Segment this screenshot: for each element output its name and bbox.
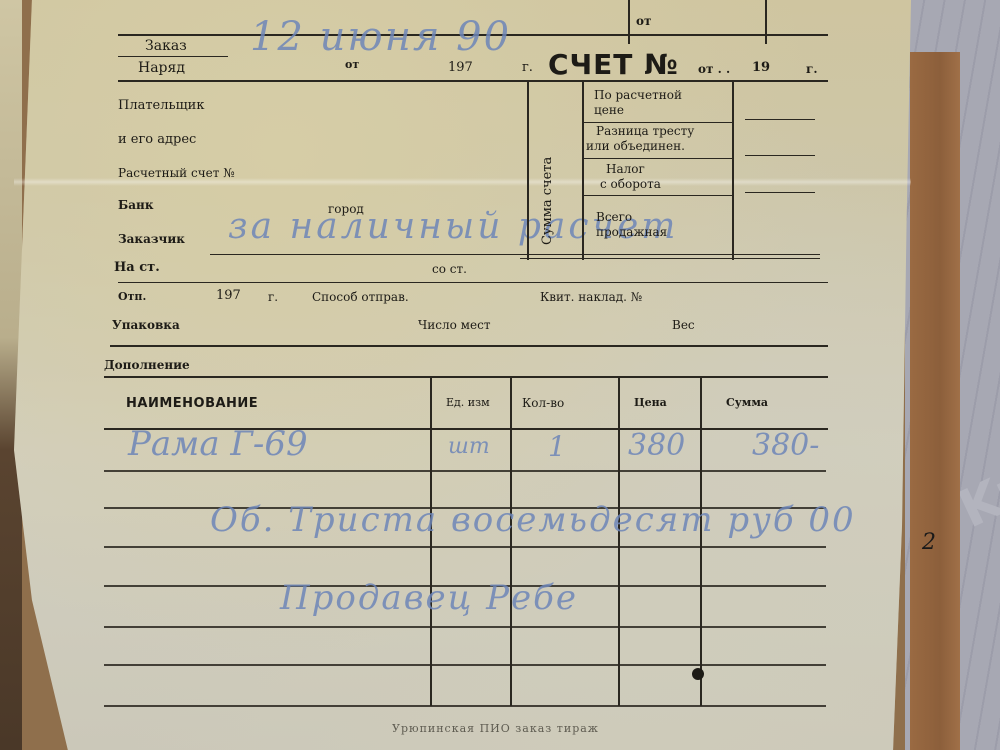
cardboard-backing	[910, 52, 960, 750]
table-rule	[104, 705, 826, 707]
invoice-from-label: от . .	[698, 62, 730, 76]
address-label: и его адрес	[118, 132, 196, 147]
table-rule	[104, 546, 826, 548]
sum-row-value-line	[745, 192, 815, 193]
handwritten-seller-signature: Продавец Ребе	[280, 578, 578, 618]
board-mark: 2	[922, 530, 936, 555]
table-column-divider	[700, 376, 702, 706]
sum-box-bottom	[520, 258, 820, 259]
table-header-sum: Сумма	[726, 396, 768, 409]
sum-row-value-line	[745, 155, 815, 156]
table-rule	[104, 470, 826, 472]
top-divider	[628, 0, 630, 44]
places-label: Число мест	[418, 318, 490, 332]
sum-box-inner-border	[582, 82, 584, 260]
method-label: Способ отправ.	[312, 290, 409, 304]
sum-row-label: По расчетнойцене	[594, 88, 682, 118]
table-header-name: НАИМЕНОВАНИЕ	[126, 396, 258, 411]
sum-row-value-line	[745, 119, 815, 120]
order-year-suffix: г.	[522, 60, 533, 75]
top-divider	[765, 0, 767, 44]
shipped-year-suffix: г.	[268, 290, 278, 304]
bank-label: Банк	[118, 198, 153, 212]
table-header-price: Цена	[634, 396, 667, 409]
rule-supplement	[104, 376, 828, 378]
sum-row-divider	[584, 158, 732, 159]
sum-box-right-border	[732, 82, 734, 260]
sum-row-label: Всегопродажная	[596, 210, 667, 240]
printer-footer: Урюпинская ПИО заказ тираж	[392, 722, 599, 735]
row-name: Рама Г-69	[128, 424, 308, 464]
payer-label: Плательщик	[118, 98, 204, 113]
sum-row-divider	[584, 195, 732, 196]
invoice-year-suffix: г.	[806, 62, 818, 76]
rule-order	[118, 80, 828, 82]
rule-station	[118, 282, 828, 283]
invoice-year: 19	[752, 60, 770, 75]
table-header-unit: Ед. изм	[446, 396, 490, 409]
table-column-divider	[510, 376, 512, 706]
rule-customer	[210, 254, 820, 255]
row-qty: 1	[548, 430, 566, 463]
receipt-label: Квит. наклад. №	[540, 290, 642, 304]
ink-blot	[692, 668, 704, 680]
top-from-label: от	[636, 14, 651, 28]
customer-label: Заказчик	[118, 232, 185, 246]
sum-row-divider	[584, 122, 732, 123]
naryad-label: Наряд	[138, 60, 185, 76]
table-rule	[104, 626, 826, 628]
table-rule	[104, 664, 826, 666]
table-column-divider	[618, 376, 620, 706]
account-label: Расчетный счет №	[118, 166, 235, 180]
handwritten-total-note: Об. Триста восемьдесят руб 00	[210, 500, 856, 540]
invoice-title: СЧЕТ №	[548, 48, 679, 81]
row-sum: 380-	[752, 428, 819, 463]
row-price: 380	[628, 428, 685, 463]
sum-row-label: Разница трестуили объединен.	[586, 124, 694, 154]
row-unit: шт	[448, 434, 490, 459]
zakaz-label: Заказ	[145, 38, 187, 54]
shipped-year: 197	[216, 288, 241, 303]
sum-box-left-border	[527, 82, 529, 260]
weight-label: Вес	[672, 318, 695, 332]
rule-packing	[110, 345, 828, 347]
to-station-label: На ст.	[114, 260, 160, 275]
table-column-divider	[430, 376, 432, 706]
sum-box-side-label: Сумма счета	[540, 157, 555, 245]
order-year: 197	[448, 60, 473, 75]
from-station-label: со ст.	[432, 262, 467, 276]
sum-row-label: Налогс оборота	[600, 162, 661, 192]
supplement-label: Дополнение	[104, 358, 190, 372]
packing-label: Упаковка	[112, 318, 180, 332]
rule-zakaz	[118, 56, 228, 57]
table-header-qty: Кол-во	[522, 396, 564, 410]
handwritten-order-date: 12 июня 90	[250, 14, 511, 60]
shipped-label: Отп.	[118, 290, 146, 303]
